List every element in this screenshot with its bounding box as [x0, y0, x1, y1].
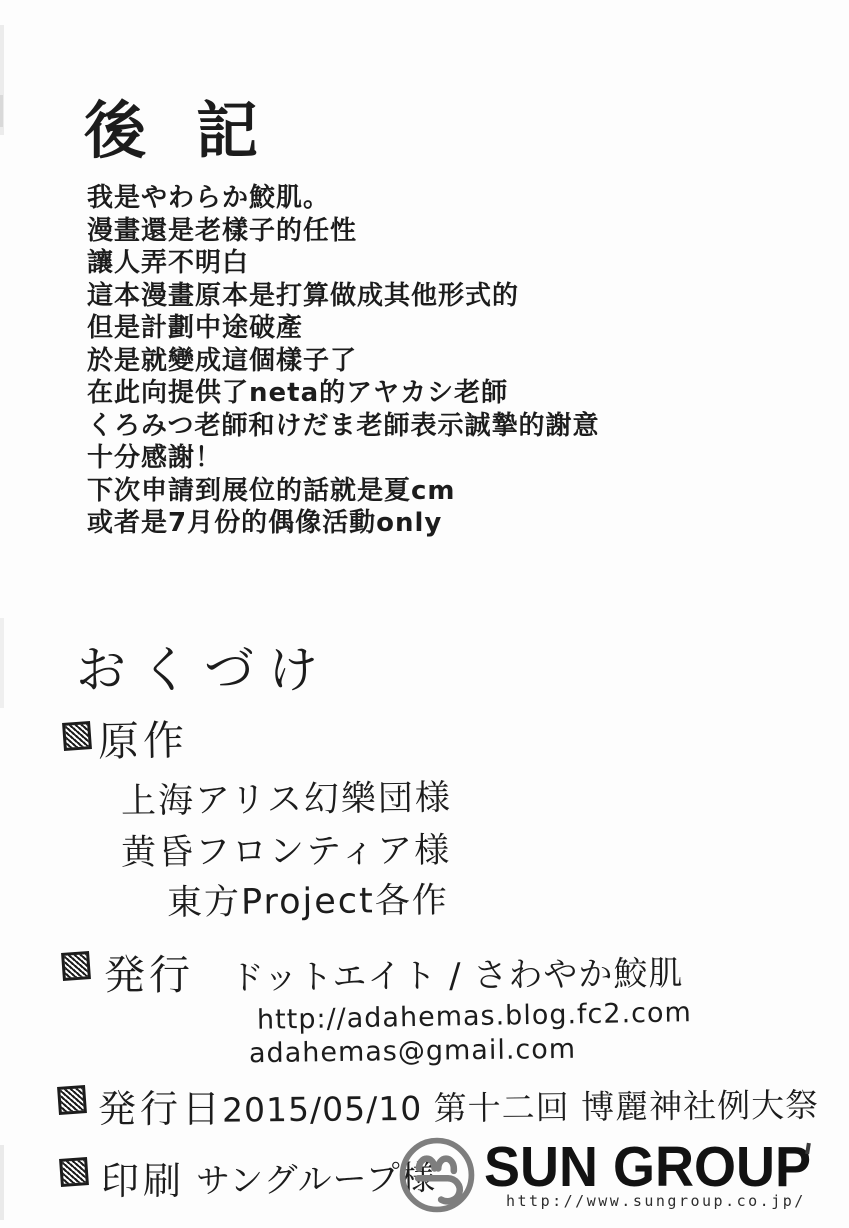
section-label-publish-date: 発行日: [98, 1078, 224, 1133]
afterword-line: 十分感謝！: [87, 442, 599, 475]
sun-group-url: http://www.sungroup.co.jp/: [506, 1192, 806, 1210]
scan-artifact: [0, 618, 4, 708]
afterword-line: 下次申請到展位的話就是夏cm: [87, 475, 599, 508]
section-label-printing: 印刷: [101, 1150, 185, 1205]
credit-item: 東方Project各作: [167, 873, 449, 925]
section-label-publisher: 発行: [104, 942, 194, 1001]
publish-date-value: 2015/05/10 第十二回 博麗神社例大祭: [222, 1079, 820, 1131]
afterword-line: 漫畫還是老樣子的任性: [87, 215, 599, 248]
publisher-url: http://adahemas.blog.fc2.com: [257, 997, 692, 1036]
hatched-square-bullet-icon: [61, 951, 91, 981]
colophon-heading: おくづけ: [76, 630, 332, 702]
sun-group-logo-icon: [396, 1134, 478, 1216]
publisher-email: adahemas@gmail.com: [249, 1034, 577, 1070]
sun-group-wordmark: SUN GROUP: [484, 1134, 811, 1199]
credit-item: 黄昏フロンティア様: [121, 823, 452, 875]
section-label-original-work: 原作: [97, 707, 188, 768]
credit-item: 上海アリス幻樂団様: [121, 770, 452, 823]
afterword-line: 於是就變成這個樣子了: [87, 345, 599, 378]
scanned-page: 後記 我是やわらか鮫肌。 漫畫還是老樣子的任性 讓人弄不明白 這本漫畫原本是打算…: [0, 0, 849, 1228]
scan-artifact: [0, 95, 3, 127]
hatched-square-bullet-icon: [57, 1085, 87, 1115]
afterword-line: 在此向提供了neta的アヤカシ老師: [87, 377, 599, 410]
hatched-square-bullet-icon: [62, 721, 92, 751]
afterword-line: 這本漫畫原本是打算做成其他形式的: [87, 280, 599, 313]
afterword-title: 後記: [84, 96, 308, 166]
afterword-line: くろみつ老師和けだま老師表示誠摯的謝意: [87, 410, 599, 443]
publisher-name: ドットエイト / さわやか鮫肌: [230, 946, 684, 1000]
afterword-line: 或者是7月份的偶像活動only: [87, 507, 599, 540]
afterword-line: 我是やわらか鮫肌。: [87, 182, 599, 215]
afterword-line: 但是計劃中途破產: [87, 312, 599, 345]
hatched-square-bullet-icon: [59, 1157, 89, 1187]
afterword-line: 讓人弄不明白: [87, 247, 599, 280]
scan-artifact: [0, 1145, 4, 1220]
afterword-body: 我是やわらか鮫肌。 漫畫還是老樣子的任性 讓人弄不明白 這本漫畫原本是打算做成其…: [87, 182, 599, 540]
